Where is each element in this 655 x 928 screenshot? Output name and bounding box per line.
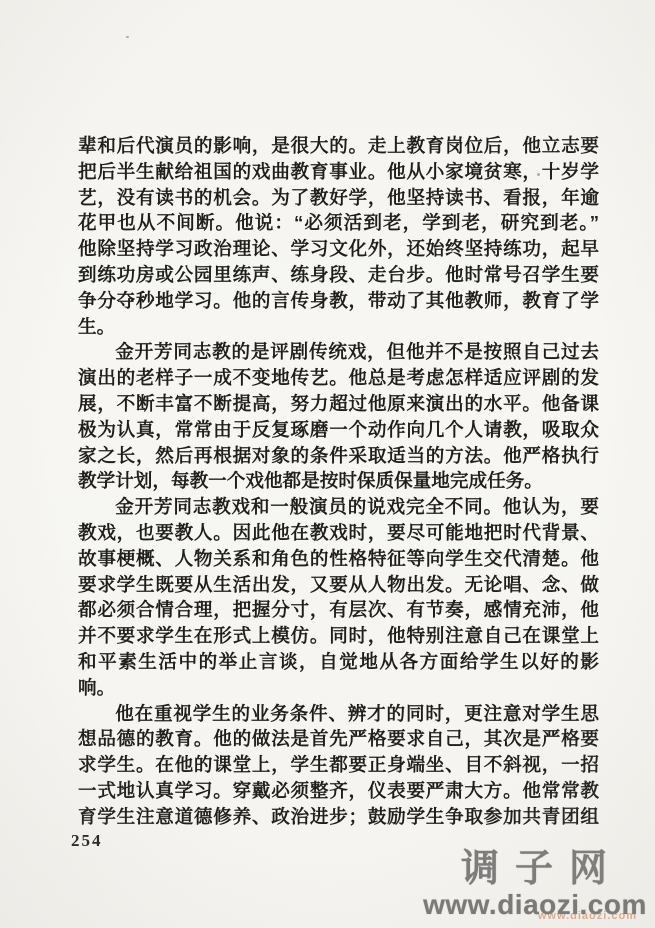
watermark: 调子网 www.diaozi.com www.diaozi.com xyxy=(419,850,651,919)
text-line: 他在重视学生的业务条件、辨才的同时，更注意对学生思 xyxy=(78,701,599,727)
text-line: 家之长，然后再根据对象的条件采取适当的方法。他严格执行 xyxy=(78,443,599,469)
text-line: 故事梗概、人物关系和角色的性格特征等向学生交代清楚。他 xyxy=(78,546,599,572)
text-line: 他除坚持学习政治理论、学习文化外，还始终坚持练功，起早 xyxy=(78,236,599,262)
page-number: 254 xyxy=(71,831,103,851)
text-line: 花甲也从不间断。他说：“必须活到老，学到老，研究到老。” xyxy=(78,210,599,236)
text-line: 要求学生既要从生活出发，又要从人物出发。无论唱、念、做 xyxy=(78,572,599,598)
watermark-url-wrap: www.diaozi.com www.diaozi.com xyxy=(419,891,651,919)
body-text: 辈和后代演员的影响，是很大的。走上教育岗位后，他立志要把后半生献给祖国的戏曲教育… xyxy=(78,133,599,830)
scan-speck xyxy=(126,36,129,38)
watermark-site-name: 调子网 xyxy=(419,850,651,888)
text-line: 金开芳同志教戏和一般演员的说戏完全不同。他认为，要 xyxy=(78,494,599,520)
watermark-site-url: www.diaozi.com xyxy=(419,891,651,919)
text-line: 育学生注意道德修养、政治进步；鼓励学生争取参加共青团组 xyxy=(78,804,599,830)
text-line: 并不要求学生在形式上模仿。同时，他特别注意自己在课堂上 xyxy=(78,623,599,649)
text-line: 辈和后代演员的影响，是很大的。走上教育岗位后，他立志要 xyxy=(78,133,599,159)
text-line: 一式地认真学习。穿戴必须整齐，仪表要严肃大方。他常常教 xyxy=(78,778,599,804)
text-line: 演出的老样子一成不变地传艺。他总是考虑怎样适应评剧的发 xyxy=(78,365,599,391)
text-line: 想品德的教育。他的做法是首先严格要求自己，其次是严格要 xyxy=(78,726,599,752)
text-line: 极为认真，常常由于反复琢磨一个动作向几个人请教，吸取众 xyxy=(78,417,599,443)
text-line: 展，不断丰富不断提高，努力超过他原来演出的水平。他备课 xyxy=(78,391,599,417)
text-line: 响。 xyxy=(78,675,599,701)
text-line: 把后半生献给祖国的戏曲教育事业。他从小家境贫寒，十岁学 xyxy=(78,159,599,185)
watermark-sub-text: www.diaozi.com xyxy=(538,910,637,922)
text-line: 争分夺秒地学习。他的言传身教，带动了其他教师，教育了学 xyxy=(78,288,599,314)
text-line: 生。 xyxy=(78,314,599,340)
text-line: 求学生。在他的课堂上，学生都要正身端坐、目不斜视，一招 xyxy=(78,752,599,778)
text-line: 和平素生活中的举止言谈，自觉地从各方面给学生以好的影 xyxy=(78,649,599,675)
text-line: 教学计划，每教一个戏他都是按时保质保量地完成任务。 xyxy=(78,468,599,494)
text-line: 金开芳同志教的是评剧传统戏，但他并不是按照自己过去 xyxy=(78,339,599,365)
text-line: 艺，没有读书的机会。为了教好学，他坚持读书、看报，年逾 xyxy=(78,185,599,211)
text-line: 到练功房或公园里练声、练身段、走台步。他时常号召学生要 xyxy=(78,262,599,288)
text-line: 教戏，也要教人。因此他在教戏时，要尽可能地把时代背景、 xyxy=(78,520,599,546)
text-line: 都必须合情合理，把握分寸，有层次、有节奏，感情充沛，他 xyxy=(78,597,599,623)
book-page: 辈和后代演员的影响，是很大的。走上教育岗位后，他立志要把后半生献给祖国的戏曲教育… xyxy=(0,0,655,928)
